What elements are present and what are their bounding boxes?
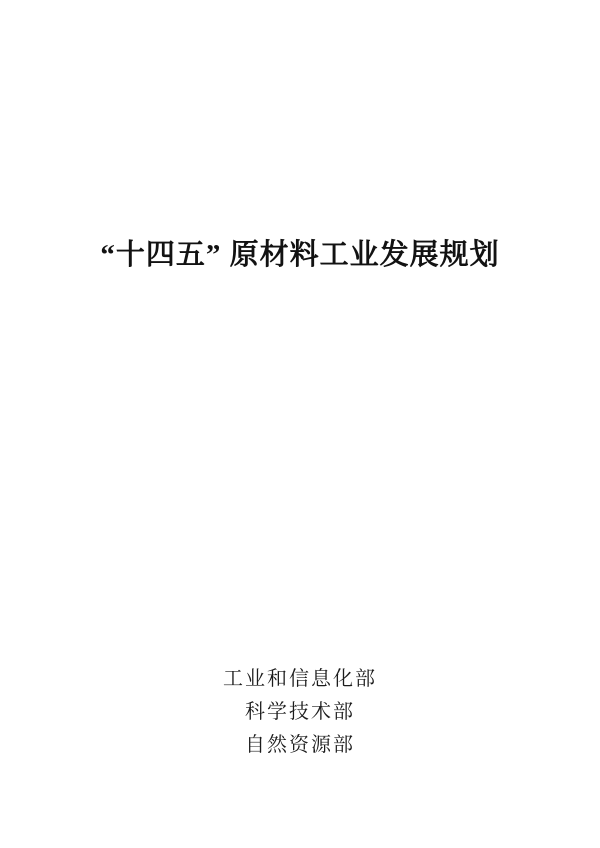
- document-title: “十四五” 原材料工业发展规划: [0, 240, 600, 272]
- agency-line-miit: 工业和信息化部: [0, 663, 600, 696]
- issuing-agencies: 工业和信息化部 科学技术部 自然资源部: [0, 663, 600, 762]
- agency-line-mnr: 自然资源部: [0, 729, 600, 762]
- document-cover-page: “十四五” 原材料工业发展规划 工业和信息化部 科学技术部 自然资源部: [0, 0, 600, 848]
- agency-line-most: 科学技术部: [0, 696, 600, 729]
